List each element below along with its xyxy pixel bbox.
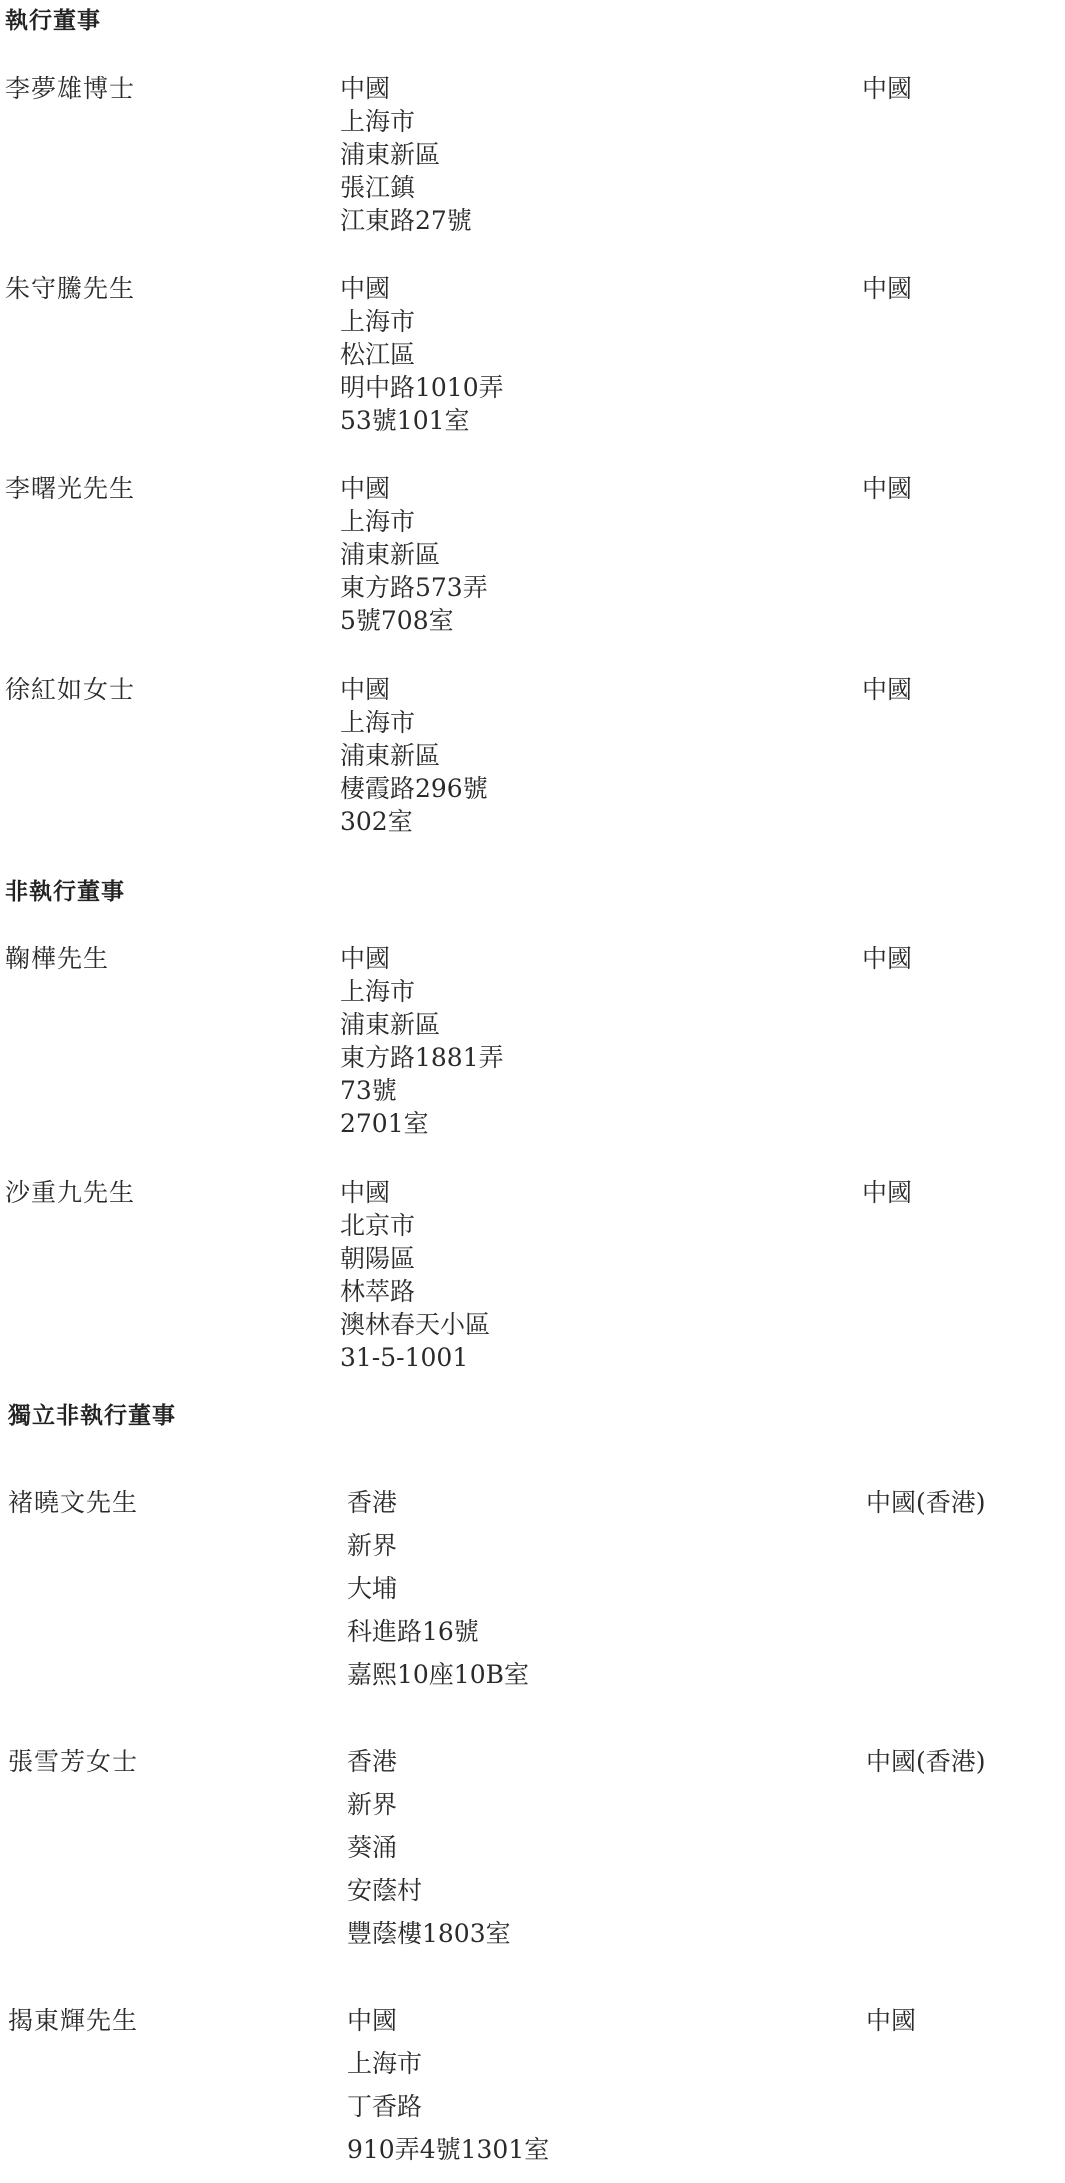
address-line: 江東路27號: [340, 204, 472, 237]
address-line: 朝陽區: [340, 1242, 490, 1275]
address-line: 澳林春天小區: [340, 1308, 490, 1341]
address-line: 明中路1010弄: [340, 371, 504, 404]
director-address: 中國 上海市 浦東新區 東方路1881弄 73號 2701室: [340, 942, 504, 1140]
address-line: 5號708室: [340, 604, 488, 637]
director-name: 揭東輝先生: [8, 1999, 138, 2042]
address-line: 上海市: [340, 105, 472, 138]
address-line: 香港: [347, 1740, 511, 1783]
address-line: 302室: [340, 805, 488, 838]
director-name: 沙重九先生: [5, 1176, 135, 1209]
director-nationality: 中國: [862, 673, 912, 706]
address-line: 香港: [347, 1481, 529, 1524]
director-address: 中國 上海市 松江區 明中路1010弄 53號101室: [340, 272, 504, 437]
address-line: 張江鎮: [340, 171, 472, 204]
address-line: 2701室: [340, 1107, 504, 1140]
address-line: 新界: [347, 1783, 511, 1826]
address-line: 中國: [340, 72, 472, 105]
director-nationality: 中國: [862, 942, 912, 975]
address-line: 葵涌: [347, 1826, 511, 1869]
director-address: 香港 新界 葵涌 安蔭村 豐蔭樓1803室: [347, 1740, 511, 1955]
address-line: 浦東新區: [340, 138, 472, 171]
director-address: 中國 北京市 朝陽區 林萃路 澳林春天小區 31-5-1001: [340, 1176, 490, 1374]
address-line: 浦東新區: [340, 1008, 504, 1041]
director-name: 朱守騰先生: [5, 272, 135, 305]
director-name: 李曙光先生: [5, 472, 135, 505]
address-line: 上海市: [340, 706, 488, 739]
address-line: 浦東新區: [340, 739, 488, 772]
address-line: 上海市: [340, 975, 504, 1008]
address-line: 53號101室: [340, 404, 504, 437]
director-name: 徐紅如女士: [5, 673, 135, 706]
address-line: 東方路573弄: [340, 571, 488, 604]
director-nationality: 中國: [862, 72, 912, 105]
director-nationality: 中國: [862, 1176, 912, 1209]
address-line: 中國: [340, 1176, 490, 1209]
director-name: 褚曉文先生: [8, 1481, 138, 1524]
director-address: 香港 新界 大埔 科進路16號 嘉熙10座10B室: [347, 1481, 529, 1696]
address-line: 大埔: [347, 1567, 529, 1610]
address-line: 上海市: [340, 505, 488, 538]
director-address: 中國 上海市 丁香路 910弄4號1301室: [347, 1999, 549, 2171]
address-line: 中國: [340, 673, 488, 706]
address-line: 豐蔭樓1803室: [347, 1912, 511, 1955]
director-address: 中國 上海市 浦東新區 張江鎮 江東路27號: [340, 72, 472, 237]
address-line: 北京市: [340, 1209, 490, 1242]
address-line: 新界: [347, 1524, 529, 1567]
address-line: 中國: [347, 1999, 549, 2042]
director-nationality: 中國: [862, 472, 912, 505]
address-line: 910弄4號1301室: [347, 2128, 549, 2171]
address-line: 安蔭村: [347, 1869, 511, 1912]
director-nationality: 中國: [862, 272, 912, 305]
address-line: 松江區: [340, 338, 504, 371]
director-address: 中國 上海市 浦東新區 棲霞路296號 302室: [340, 673, 488, 838]
address-line: 73號: [340, 1074, 504, 1107]
address-line: 31-5-1001: [340, 1341, 490, 1374]
address-line: 科進路16號: [347, 1610, 529, 1653]
address-line: 浦東新區: [340, 538, 488, 571]
director-nationality: 中國(香港): [866, 1740, 986, 1783]
section-heading-non-executive-directors: 非執行董事: [5, 877, 125, 907]
section-heading-independent-non-executive-directors: 獨立非執行董事: [8, 1401, 176, 1431]
section-heading-executive-directors: 執行董事: [5, 6, 101, 36]
address-line: 上海市: [340, 305, 504, 338]
director-name: 張雪芳女士: [8, 1740, 138, 1783]
director-name: 李夢雄博士: [5, 72, 135, 105]
address-line: 中國: [340, 472, 488, 505]
address-line: 中國: [340, 272, 504, 305]
address-line: 嘉熙10座10B室: [347, 1653, 529, 1696]
director-nationality: 中國: [866, 1999, 916, 2042]
address-line: 中國: [340, 942, 504, 975]
address-line: 林萃路: [340, 1275, 490, 1308]
address-line: 丁香路: [347, 2085, 549, 2128]
address-line: 棲霞路296號: [340, 772, 488, 805]
director-nationality: 中國(香港): [866, 1481, 986, 1524]
director-address: 中國 上海市 浦東新區 東方路573弄 5號708室: [340, 472, 488, 637]
address-line: 東方路1881弄: [340, 1041, 504, 1074]
address-line: 上海市: [347, 2042, 549, 2085]
director-name: 鞠樺先生: [5, 942, 109, 975]
